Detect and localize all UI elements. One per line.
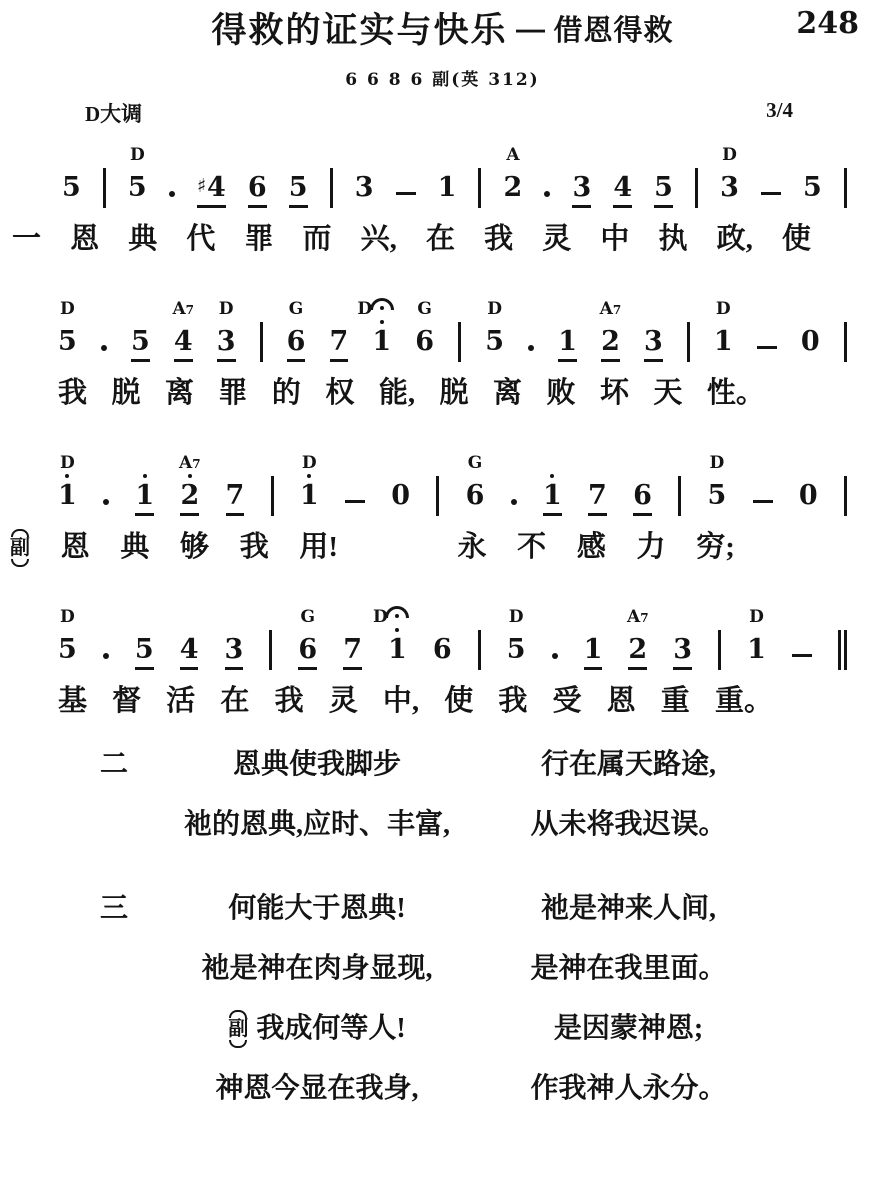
note-digit: 1 — [135, 480, 154, 511]
lyric-syllable: 永 — [457, 533, 486, 562]
note-digit: 3 — [673, 634, 692, 665]
note-digit: 0 — [801, 326, 820, 357]
verse-block: 三何能大于恩典!祂是神来人间,祂是神在肉身显现,是神在我里面。副我成何等人!是因… — [0, 888, 885, 1110]
barline — [838, 630, 841, 670]
note-body: 6 — [466, 482, 485, 516]
verse-row: 神恩今显在我身,作我神人永分。 — [0, 1068, 885, 1110]
lyric-syllable: 天 — [653, 379, 682, 408]
barline — [260, 322, 263, 362]
note-body: 3 — [355, 174, 374, 208]
verse-text: 祂是神在肉身显现, — [201, 955, 432, 983]
chorus-marker-label: 副 — [10, 538, 30, 558]
note: 7 — [226, 482, 245, 516]
chord-label: A7 — [600, 301, 622, 318]
note: G6 — [298, 636, 317, 670]
note-digit: 0 — [799, 480, 818, 511]
sharp-sign: ♯ — [197, 175, 206, 197]
note-body: 1 — [388, 636, 407, 670]
note-digit: 3 — [355, 172, 374, 203]
augmentation-dot — [169, 191, 175, 197]
barline — [678, 476, 681, 516]
note-body: 1 — [300, 482, 319, 516]
note-body: 5 — [128, 174, 147, 208]
lyric-syllable: 性。 — [707, 379, 765, 408]
verse-number: 二 — [100, 751, 192, 779]
octave-dot — [65, 474, 69, 478]
lyric-syllable: 败 — [546, 379, 575, 408]
note-digit: 5 — [58, 326, 77, 357]
verse-text: 祂的恩典,应时、丰富, — [184, 811, 450, 839]
lyric-syllable: 基 — [58, 687, 87, 716]
note: D1 — [300, 482, 319, 516]
notation-line: 5D5♯46531A2345D35 — [62, 128, 847, 208]
lyric-syllable: 不 — [517, 533, 546, 562]
note-digit: 1 — [300, 480, 319, 511]
barline — [436, 476, 439, 516]
chord-label: A — [506, 147, 519, 164]
octave-dot — [380, 320, 384, 324]
final-barline — [838, 630, 847, 670]
verse-text: 恩典使我脚步 — [233, 751, 401, 779]
hymn-page: 得救的证实与快乐 — 借恩得救 248 6 6 8 6 副(英 312) D大调… — [0, 0, 885, 1195]
note-body: 1 — [584, 636, 603, 670]
note-digit: 5 — [131, 326, 150, 357]
verse-right-phrase: 是因蒙神恩; — [442, 1015, 815, 1043]
note: 6 — [433, 636, 452, 670]
page-number: 248 — [796, 6, 859, 41]
note-body: 2 — [628, 636, 647, 670]
verse-right-phrase: 行在属天路途, — [442, 751, 815, 779]
time-signature: 3/4 — [766, 98, 793, 128]
title-dash: — — [516, 14, 545, 46]
notation-line: D11A727D10G6176D50 — [58, 436, 847, 516]
barline — [695, 168, 698, 208]
note-digit: 1 — [58, 480, 77, 511]
note-digit: 6 — [287, 326, 306, 357]
lyric-syllable: 而 — [303, 225, 332, 254]
note-digit: 2 — [504, 172, 523, 203]
lyric-syllable: 的 — [272, 379, 301, 408]
octave-dot — [395, 628, 399, 632]
lyric-syllable: 离 — [165, 379, 194, 408]
barline — [844, 322, 847, 362]
note: 7 — [588, 482, 607, 516]
chord-label: D — [60, 455, 75, 472]
note: A72 — [628, 636, 647, 670]
note-digit: 1 — [543, 480, 562, 511]
chord-root: A — [600, 299, 613, 319]
verse-text: 何能大于恩典! — [228, 895, 405, 923]
note-digit: 5 — [507, 634, 526, 665]
note: 0 — [391, 482, 410, 516]
note-body: 6 — [248, 174, 267, 208]
lyric-syllable: 使 — [444, 687, 473, 716]
note-body: 1 — [543, 482, 562, 516]
augmentation-dot — [511, 499, 517, 505]
note: D1 — [58, 482, 77, 516]
verse-text: 从未将我迟误。 — [530, 809, 726, 840]
verse-left-phrase: 祂是神在肉身显现, — [192, 955, 442, 983]
lyric-syllable: 活 — [166, 687, 195, 716]
lyric-syllable: 兴, — [361, 225, 397, 254]
note: D5 — [707, 482, 726, 516]
lyric-syllable: 恩 — [70, 225, 99, 254]
note-digit: 1 — [438, 172, 457, 203]
note: 0 — [801, 328, 820, 362]
key-time-row: D大调 3/4 — [0, 90, 885, 128]
note-body: 5 — [58, 636, 77, 670]
hymn-header: 得救的证实与快乐 — 借恩得救 248 6 6 8 6 副(英 312) D大调… — [0, 0, 885, 128]
chord-label: A7 — [172, 301, 194, 318]
note-body: 6 — [298, 636, 317, 670]
note-body: 5 — [58, 328, 77, 362]
verse-right-phrase: 是神在我里面。 — [442, 955, 815, 983]
note-digit: 5 — [62, 172, 81, 203]
notation-score: 5D5♯46531A2345D35一恩典代罪而兴,在我灵中执政,使D55A74D… — [0, 128, 885, 722]
verse-text: 是神在我里面。 — [530, 953, 726, 984]
note-body: 1 — [58, 482, 77, 516]
note: 1 — [438, 174, 457, 208]
note-body: 6 — [633, 482, 652, 516]
note: 1 — [543, 482, 562, 516]
barline — [458, 322, 461, 362]
note-body: 5 — [654, 174, 673, 208]
augmentation-dot — [101, 345, 107, 351]
note: G6 — [287, 328, 306, 362]
verse-text: 是因蒙神恩; — [554, 1013, 703, 1044]
chord-label: D — [722, 147, 737, 164]
lyric-syllable: 恩 — [607, 687, 636, 716]
note: 1 — [584, 636, 603, 670]
lyric-syllable: 罪 — [218, 379, 247, 408]
chord-label: D — [487, 301, 502, 318]
note-digit: 6 — [298, 634, 317, 665]
chord-label: D — [60, 609, 75, 626]
note: 3 — [644, 328, 663, 362]
augmentation-dot — [552, 653, 558, 659]
note: D5 — [58, 328, 77, 362]
barline — [478, 168, 481, 208]
note: 5 — [62, 174, 81, 208]
chorus-marker-bottom-arc-icon — [229, 1040, 247, 1048]
octave-dot — [307, 474, 311, 478]
lyric-line: 副恩典够我用!永不感力穷; — [10, 528, 735, 568]
note-digit: 4 — [174, 326, 193, 357]
augmentation-dot — [528, 345, 534, 351]
note: A72 — [601, 328, 620, 362]
lyric-syllable: 灵 — [542, 225, 571, 254]
lyric-syllable: 脱 — [111, 379, 140, 408]
note-body: 4 — [174, 328, 193, 362]
chorus-marker-bottom-arc-icon — [11, 559, 29, 567]
note-body: 0 — [391, 482, 410, 516]
chord-label: G — [289, 301, 304, 318]
barline — [330, 168, 333, 208]
verse-text: 作我神人永分。 — [530, 1073, 726, 1104]
verse-text: 行在属天路途, — [541, 749, 716, 780]
lyric-syllable: 重。 — [715, 687, 773, 716]
octave-dot — [188, 474, 192, 478]
lyric-syllable: 我 — [240, 533, 269, 562]
note-body: 1 — [558, 328, 577, 362]
note-digit: 4 — [613, 172, 632, 203]
note: A72 — [180, 482, 199, 516]
note-digit: 5 — [58, 634, 77, 665]
note-digit: 5 — [289, 172, 308, 203]
note-body: 5 — [803, 174, 822, 208]
lyric-line: 基督活在我灵中,使我受恩重重。 — [58, 682, 773, 722]
verse-text: 神恩今显在我身, — [215, 1075, 418, 1103]
lyric-syllable: 用! — [299, 533, 338, 562]
note: G6 — [415, 328, 434, 362]
chord-root: A — [172, 299, 185, 319]
note-digit: 7 — [343, 634, 362, 665]
note-body: 1 — [372, 328, 391, 362]
note-digit: 5 — [128, 172, 147, 203]
barline — [844, 630, 847, 670]
note-body: 4 — [613, 174, 632, 208]
notation-line: D55A74D3G67D1G6D51A723D10 — [58, 282, 847, 362]
note-digit: 4 — [207, 172, 226, 203]
lyric-syllable: 中, — [383, 687, 419, 716]
note-digit: 1 — [584, 634, 603, 665]
note-digit: 5 — [803, 172, 822, 203]
note-digit: 5 — [707, 480, 726, 511]
note: 3 — [673, 636, 692, 670]
note-digit: 5 — [135, 634, 154, 665]
barline — [718, 630, 721, 670]
barline — [687, 322, 690, 362]
chorus-marker-top-arc-icon — [11, 529, 29, 537]
chord-root: A — [627, 607, 640, 627]
chord-label: D — [302, 455, 317, 472]
chord-label: D — [130, 147, 145, 164]
note: D3 — [217, 328, 236, 362]
note: 5 — [654, 174, 673, 208]
note-body: 6 — [433, 636, 452, 670]
note-digit: 7 — [588, 480, 607, 511]
verse-row: 副我成何等人!是因蒙神恩; — [0, 1008, 885, 1050]
octave-dot — [143, 474, 147, 478]
note-body: 1 — [135, 482, 154, 516]
chorus-marker-label: 副 — [228, 1019, 248, 1039]
augmentation-dot — [103, 499, 109, 505]
title-main: 得救的证实与快乐 — [212, 11, 508, 50]
lyric-syllable: 重 — [661, 687, 690, 716]
note: A74 — [174, 328, 193, 362]
verse-right-phrase: 祂是神来人间, — [442, 895, 815, 923]
note-digit: 2 — [601, 326, 620, 357]
note-body: 3 — [644, 328, 663, 362]
sustain-dash — [761, 192, 781, 195]
note-body: 7 — [330, 328, 349, 362]
augmentation-dot — [544, 191, 550, 197]
note: 6 — [248, 174, 267, 208]
note: 7 — [330, 328, 349, 362]
note-body: 5 — [289, 174, 308, 208]
verse-block: 二恩典使我脚步行在属天路途,祂的恩典,应时、丰富,从未将我迟误。 — [0, 744, 885, 846]
lyric-line: 我脱离罪的权能,脱离败坏天性。 — [58, 374, 765, 414]
sustain-dash — [757, 346, 777, 349]
note-digit: 5 — [485, 326, 504, 357]
note-body: 5 — [62, 174, 81, 208]
lyric-syllable: 中 — [600, 225, 629, 254]
chord-extension: 7 — [186, 303, 194, 317]
note: 0 — [799, 482, 818, 516]
note: 1 — [135, 482, 154, 516]
verse-row: 三何能大于恩典!祂是神来人间, — [0, 888, 885, 930]
lyric-syllable: 罪 — [244, 225, 273, 254]
meter-line: 6 6 8 6 副(英 312) — [0, 65, 885, 90]
note-digit: 2 — [180, 480, 199, 511]
fermata-dot — [380, 306, 384, 310]
note: 7 — [343, 636, 362, 670]
barline — [271, 476, 274, 516]
fermata-dot — [395, 614, 399, 618]
note: D1 — [747, 636, 766, 670]
notation-line: D5543G67D16D51A723D1 — [58, 590, 847, 670]
note: D1 — [372, 328, 391, 362]
note-body: 6 — [287, 328, 306, 362]
note-digit: 1 — [372, 326, 391, 357]
chord-label: D — [716, 301, 731, 318]
lyric-syllable: 政, — [717, 225, 753, 254]
note-digit: 7 — [330, 326, 349, 357]
title-subtitle: 借恩得救 — [553, 15, 673, 47]
note: 4 — [180, 636, 199, 670]
note-digit: 1 — [388, 634, 407, 665]
note: 5 — [135, 636, 154, 670]
lyric-syllable: 脱 — [440, 379, 469, 408]
note: D5 — [58, 636, 77, 670]
note: 3 — [225, 636, 244, 670]
lyric-syllable: 坏 — [600, 379, 629, 408]
lyric-syllable: 督 — [112, 687, 141, 716]
note-digit: 1 — [558, 326, 577, 357]
note-body: 3 — [225, 636, 244, 670]
lyric-syllable: 灵 — [329, 687, 358, 716]
note-digit: 3 — [572, 172, 591, 203]
lyric-syllable: 权 — [325, 379, 354, 408]
note: G6 — [466, 482, 485, 516]
note-body: 2 — [180, 482, 199, 516]
lyric-syllable: 离 — [493, 379, 522, 408]
note-body: 5 — [135, 636, 154, 670]
note-body: 0 — [801, 328, 820, 362]
note-body: 3 — [217, 328, 236, 362]
note: D5 — [485, 328, 504, 362]
lyric-syllable: 在 — [426, 225, 455, 254]
verse-left-phrase: 恩典使我脚步 — [192, 751, 442, 779]
note-digit: 6 — [466, 480, 485, 511]
note: A2 — [504, 174, 523, 208]
barline — [103, 168, 106, 208]
note-digit: 1 — [714, 326, 733, 357]
note-body: 6 — [415, 328, 434, 362]
barline — [844, 168, 847, 208]
note: 1 — [558, 328, 577, 362]
note-digit: 6 — [633, 480, 652, 511]
lyric-syllable: 典 — [120, 533, 149, 562]
key-signature: D大调 — [85, 98, 142, 128]
lyric-syllable: 我 — [275, 687, 304, 716]
lyric-syllable: 能, — [379, 379, 415, 408]
lyric-syllable: 使 — [782, 225, 811, 254]
lyric-syllable: 穷; — [696, 533, 735, 562]
chord-label: D — [509, 609, 524, 626]
verse-row: 祂的恩典,应时、丰富,从未将我迟误。 — [0, 804, 885, 846]
chord-label: G — [468, 455, 483, 472]
lyric-line: 一恩典代罪而兴,在我灵中执政,使 — [12, 220, 811, 260]
note-body: 1 — [714, 328, 733, 362]
note: 5 — [131, 328, 150, 362]
verse-right-phrase: 作我神人永分。 — [442, 1075, 815, 1103]
note-body: 1 — [438, 174, 457, 208]
note-body: 2 — [601, 328, 620, 362]
note: D1 — [388, 636, 407, 670]
note: 5 — [803, 174, 822, 208]
verse-right-phrase: 从未将我迟误。 — [442, 811, 815, 839]
note-digit: 4 — [180, 634, 199, 665]
note-body: 5 — [707, 482, 726, 516]
note-body: 3 — [572, 174, 591, 208]
verse-text: 祂是神来人间, — [541, 893, 716, 924]
note-body: 7 — [343, 636, 362, 670]
note-body: 0 — [799, 482, 818, 516]
note-body: 5 — [131, 328, 150, 362]
note-body: 7 — [588, 482, 607, 516]
note: D5 — [128, 174, 147, 208]
octave-dot — [550, 474, 554, 478]
sustain-dash — [792, 654, 812, 657]
barline — [269, 630, 272, 670]
note: D3 — [720, 174, 739, 208]
chord-label: A7 — [627, 609, 649, 626]
note-digit: 3 — [217, 326, 236, 357]
lyric-syllable: 够 — [180, 533, 209, 562]
note-body: 3 — [720, 174, 739, 208]
note-body: 1 — [747, 636, 766, 670]
chord-extension: 7 — [640, 611, 648, 625]
chord-label: D — [709, 455, 724, 472]
chord-label: A7 — [179, 455, 201, 472]
sustain-dash — [396, 192, 416, 195]
note: 3 — [572, 174, 591, 208]
note-digit: 3 — [225, 634, 244, 665]
lyric-syllable: 受 — [553, 687, 582, 716]
augmentation-dot — [103, 653, 109, 659]
verses-section: 二恩典使我脚步行在属天路途,祂的恩典,应时、丰富,从未将我迟误。三何能大于恩典!… — [0, 744, 885, 1110]
sustain-dash — [753, 500, 773, 503]
note: 3 — [355, 174, 374, 208]
lyric-syllable: 一 — [12, 225, 41, 254]
verse-number: 三 — [100, 895, 192, 923]
note: ♯4 — [197, 174, 226, 208]
lyric-syllable: 在 — [220, 687, 249, 716]
note-digit: 6 — [248, 172, 267, 203]
chord-label: G — [301, 609, 316, 626]
note-body: 5 — [485, 328, 504, 362]
note-body: 4 — [180, 636, 199, 670]
note-digit: 6 — [415, 326, 434, 357]
note-body: ♯4 — [197, 174, 226, 208]
lyric-syllable: 执 — [658, 225, 687, 254]
verse-left-phrase: 副我成何等人! — [192, 1010, 442, 1048]
verse-row: 二恩典使我脚步行在属天路途, — [0, 744, 885, 786]
note-body: 5 — [507, 636, 526, 670]
note-digit: 3 — [644, 326, 663, 357]
note-digit: 1 — [747, 634, 766, 665]
